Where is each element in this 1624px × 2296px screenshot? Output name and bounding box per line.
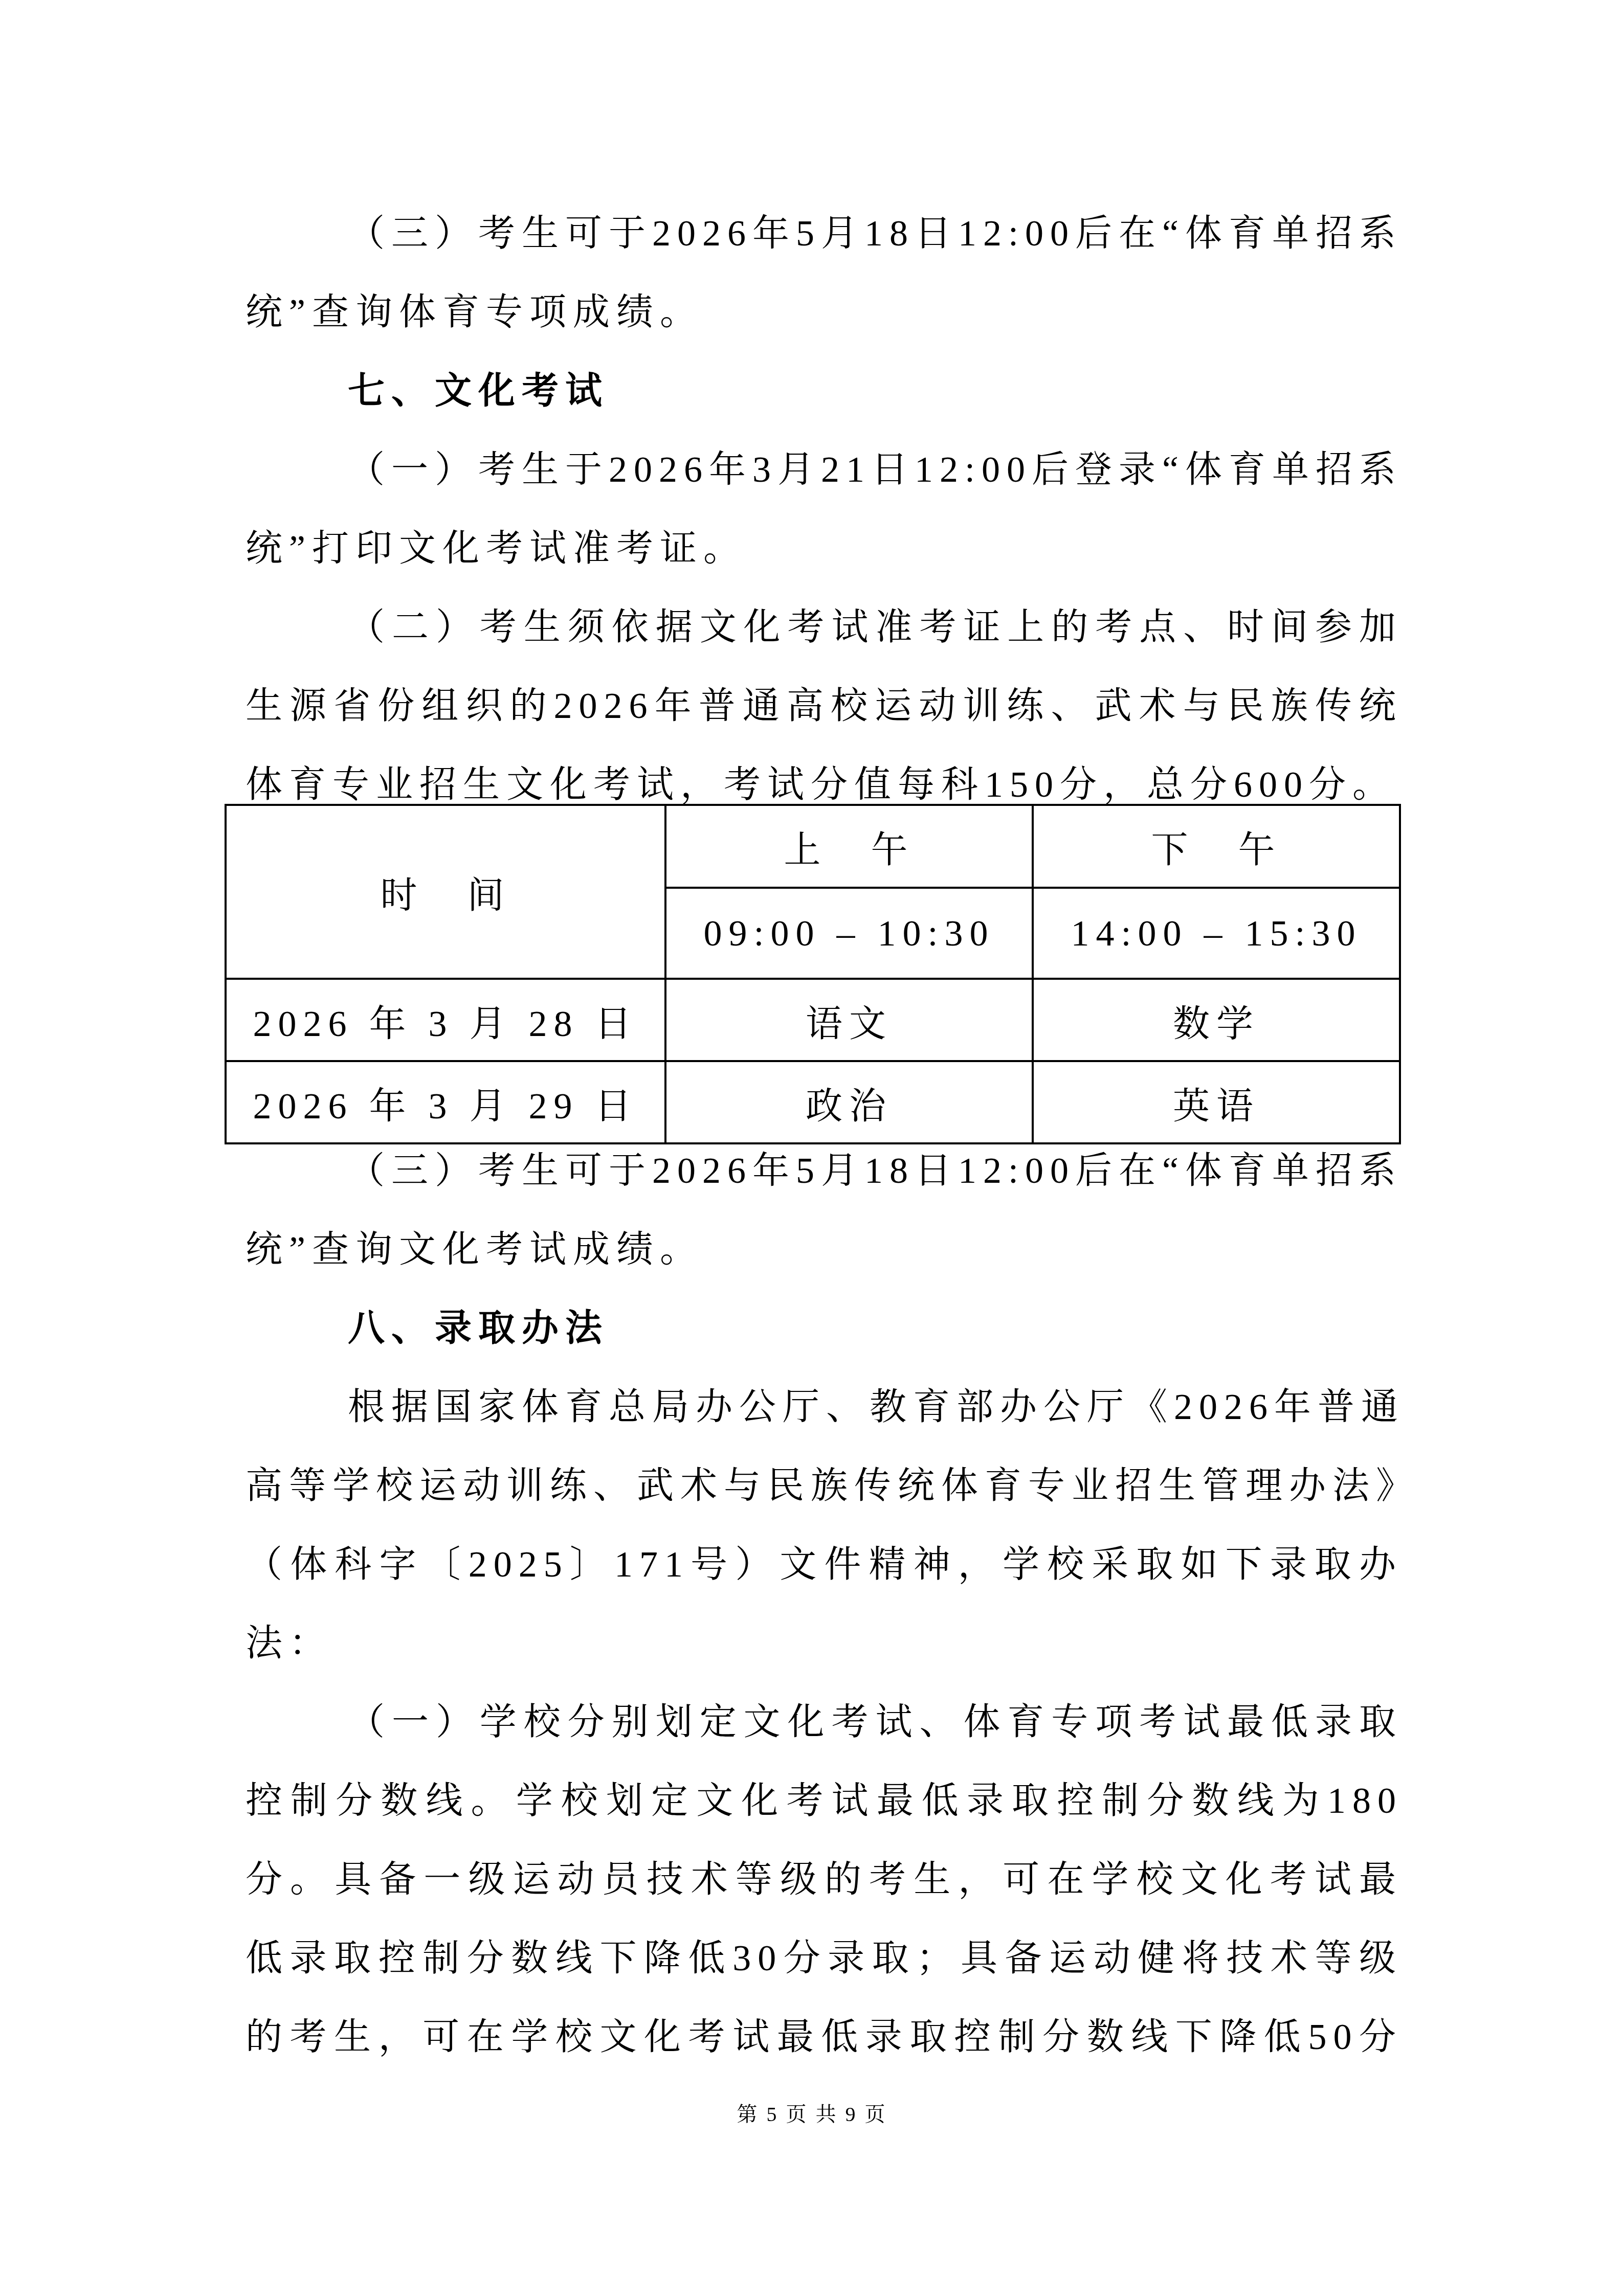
section-heading-culture-exam: 七、文化考试 [246,351,1403,430]
page-number-footer: 第 5 页 共 9 页 [0,2099,1624,2130]
text-line: （三）考生可于2026年5月18日12:00后在“体育单招系 [246,1131,1403,1210]
text-line: 根据国家体育总局办公厅、教育部办公厅《2026年普通 [246,1367,1403,1446]
text-line: 生源省份组织的2026年普通高校运动训练、武术与民族传统 [246,666,1403,745]
table-cell-time-label: 时 间 [226,805,665,979]
table-cell-afternoon-time: 14:00 – 15:30 [1033,888,1400,979]
text-line: 低录取控制分数线下降低30分录取；具备运动健将技术等级 [246,1919,1403,1997]
exam-schedule-table: 时 间 上 午 下 午 09:00 – 10:30 14:00 – 15:30 … [225,804,1401,1144]
table-cell-subject: 语文 [665,979,1033,1061]
table-row: 2026 年 3 月 28 日 语文 数学 [226,979,1400,1061]
text-line: 控制分数线。学校划定文化考试最低录取控制分数线为180 [246,1761,1403,1840]
table-cell-morning-time: 09:00 – 10:30 [665,888,1033,979]
text-line: 统”打印文化考试准考证。 [246,509,1403,588]
text-line: 分。具备一级运动员技术等级的考生，可在学校文化考试最 [246,1840,1403,1919]
table-header-row-ampm: 时 间 上 午 下 午 [226,805,1400,888]
text-line: （一）考生于2026年3月21日12:00后登录“体育单招系 [246,430,1403,509]
document-page: （三）考生可于2026年5月18日12:00后在“体育单招系 统”查询体育专项成… [0,0,1624,2296]
text-line: 法： [246,1604,1403,1682]
table-cell-morning-label: 上 午 [665,805,1033,888]
text-line: 的考生，可在学校文化考试最低录取控制分数线下降低50分 [246,1997,1403,2076]
text-line: （三）考生可于2026年5月18日12:00后在“体育单招系 [246,194,1403,273]
text-line: 统”查询文化考试成绩。 [246,1210,1403,1289]
text-line: 统”查询体育专项成绩。 [246,273,1403,351]
text-line: （二）考生须依据文化考试准考证上的考点、时间参加 [246,588,1403,666]
text-line: 高等学校运动训练、武术与民族传统体育专业招生管理办法》 [246,1446,1403,1525]
table-cell-subject: 数学 [1033,979,1400,1061]
table-cell-date: 2026 年 3 月 28 日 [226,979,665,1061]
paragraphs-above-table: （三）考生可于2026年5月18日12:00后在“体育单招系 统”查询体育专项成… [246,194,1403,824]
table-cell-afternoon-label: 下 午 [1033,805,1400,888]
text-line: （一）学校分别划定文化考试、体育专项考试最低录取 [246,1682,1403,1761]
paragraphs-below-table: （三）考生可于2026年5月18日12:00后在“体育单招系 统”查询文化考试成… [246,1131,1403,2076]
text-line: （体科字〔2025〕171号）文件精神，学校采取如下录取办 [246,1525,1403,1604]
section-heading-admission-method: 八、录取办法 [246,1289,1403,1367]
